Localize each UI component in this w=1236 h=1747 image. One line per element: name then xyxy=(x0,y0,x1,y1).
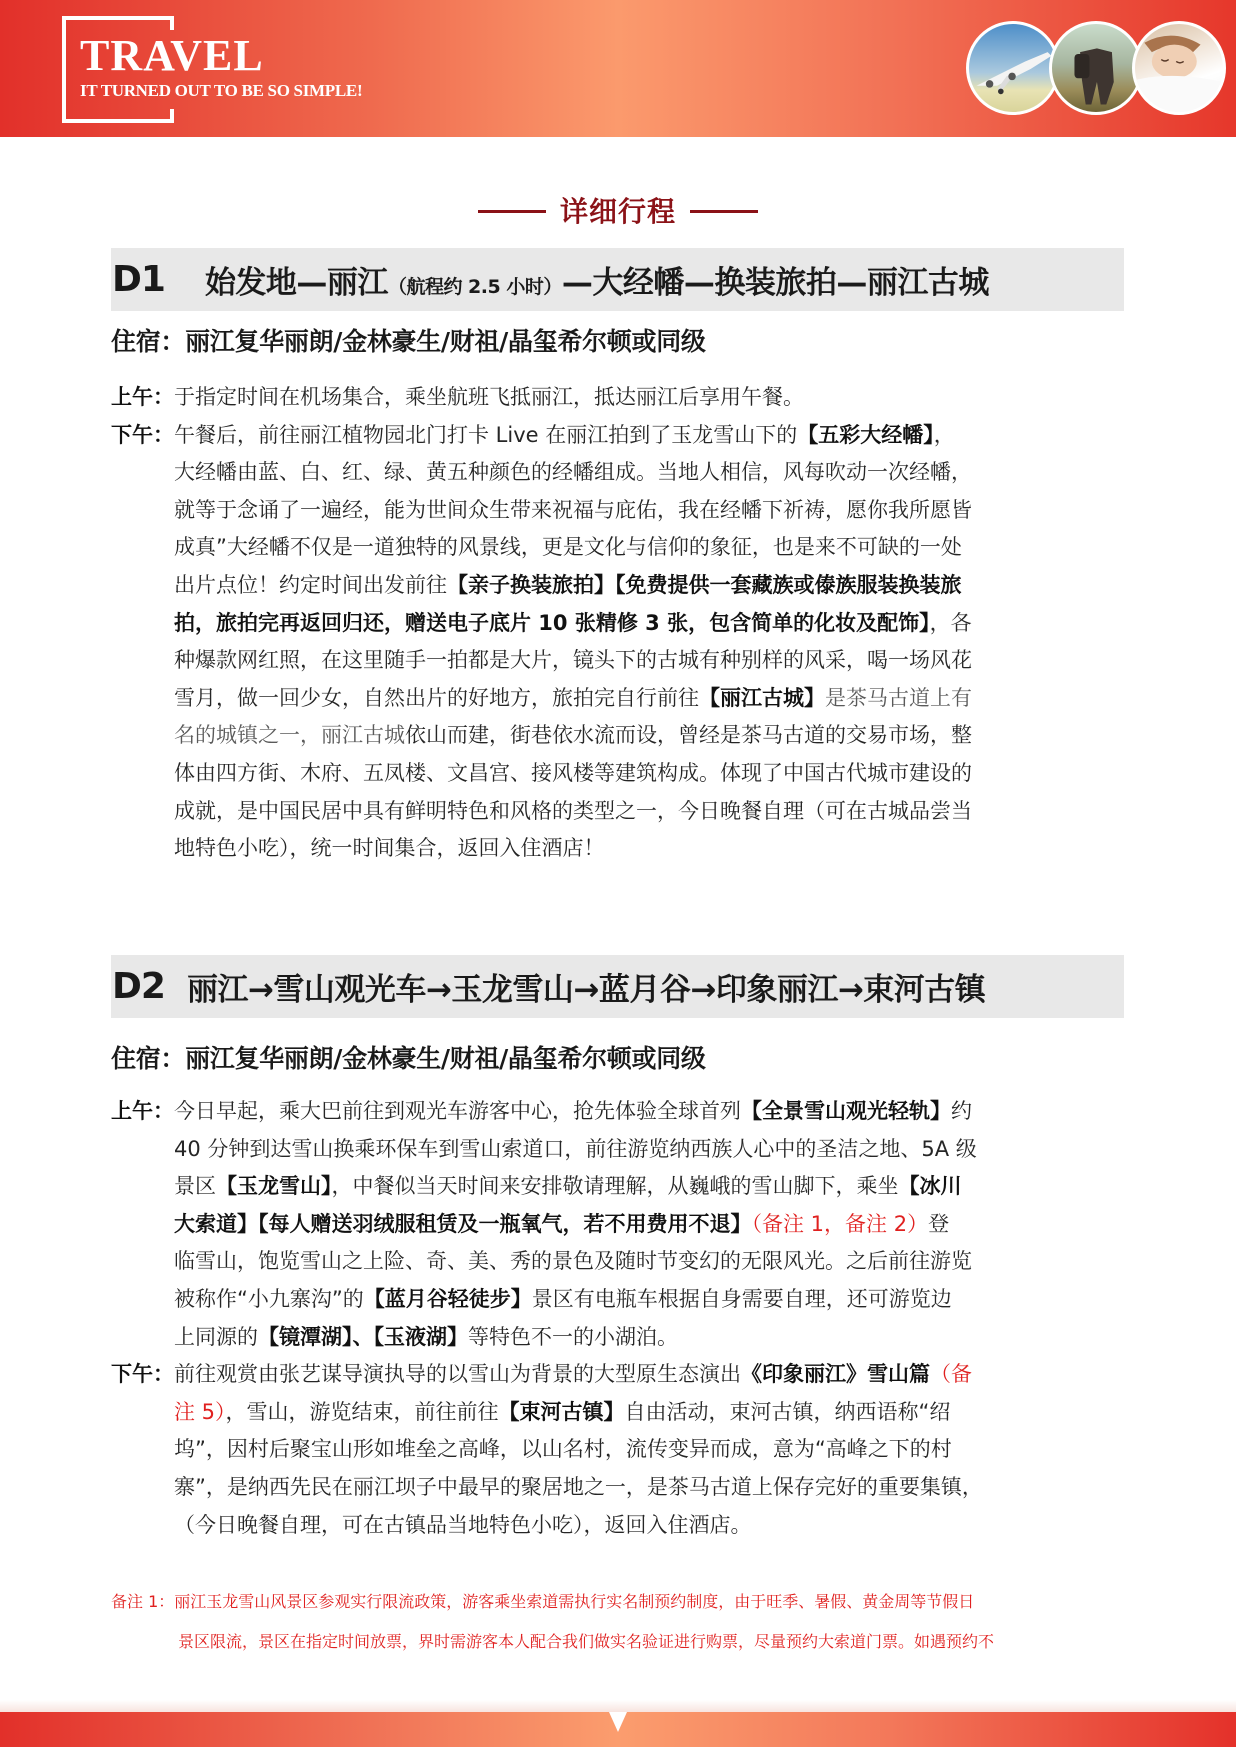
route-part-b: —大经幡—换装旅拍—丽江古城 xyxy=(562,265,989,301)
afternoon-line: （今日晚餐自理，可在古镇品当地特色小吃），返回入住酒店。 xyxy=(111,1507,1126,1545)
day-1-accommodation: 住宿：丽江复华丽朗/金林豪生/财祖/晶玺希尔顿或同级 xyxy=(111,322,706,358)
day-number: D1 xyxy=(112,259,165,300)
afternoon-line: 名的城镇之一，丽江古城依山而建，街巷依水流而设，曾经是茶马古道的交易市场，整 xyxy=(111,717,1126,755)
text: 自由活动，束河古镇，纳西语称“绍 xyxy=(625,1400,951,1424)
text: 地特色小吃），统一时间集合，返回入住酒店！ xyxy=(174,836,605,860)
text: （今日晚餐自理，可在古镇品当地特色小吃），返回入住酒店。 xyxy=(174,1513,752,1537)
day-route: 始发地—丽江（航程约 2.5 小时）—大经幡—换装旅拍—丽江古城 xyxy=(205,257,989,302)
text: 被称作“小九寨沟”的 xyxy=(174,1287,364,1311)
text: 登 xyxy=(928,1212,949,1236)
morning-line: 临雪山，饱览雪山之上险、奇、美、秀的景色及随时节变幻的无限风光。之后前往游览 xyxy=(111,1243,1126,1281)
afternoon-label: 下午： xyxy=(111,1362,174,1386)
afternoon-line: 种爆款网红照，在这里随手一拍都是大片，镜头下的古城有种别样的风采，喝一场风花 xyxy=(111,642,1126,680)
afternoon-line: 就等于念诵了一遍经，能为世间众生带来祝福与庇佑，我在经幡下祈祷，愿你我所愿皆 xyxy=(111,492,1126,530)
afternoon-line: 下午：前往观赏由张艺谋导演执导的以雪山为背景的大型原生态演出《印象丽江》雪山篇（… xyxy=(111,1356,1126,1394)
highlight-cableway-gift: 大索道】【每人赠送羽绒服租赁及一瓶氧气，若不用费用不退】 xyxy=(174,1212,752,1236)
day-1-itinerary: 上午：于指定时间在机场集合，乘坐航班飞抵丽江，抵达丽江后享用午餐。 下午：午餐后… xyxy=(111,379,1126,868)
morning-line: 上同源的【镜潭湖】、【玉液湖】等特色不一的小湖泊。 xyxy=(111,1319,1126,1357)
text: 40 分钟到达雪山换乘环保车到雪山索道口，前往游览纳西族人心中的圣洁之地、5A … xyxy=(174,1137,977,1161)
remark-line: 备注 1：丽江玉龙雪山风景区参观实行限流政策，游客乘坐索道需执行实名制预约制度，… xyxy=(111,1582,1126,1622)
backpacker-icon xyxy=(1052,24,1140,112)
text: 成就，是中国民居中具有鲜明特色和风格的类型之一，今日晚餐自理（可在古城品尝当 xyxy=(174,799,972,823)
text: 前往观赏由张艺谋导演执导的以雪山为背景的大型原生态演出 xyxy=(174,1362,741,1386)
text: ，中餐似当天时间来安排敬请理解，从巍峨的雪山脚下，乘坐 xyxy=(332,1174,899,1198)
day-number: D2 xyxy=(112,966,165,1007)
section-title: 详细行程 xyxy=(0,192,1236,232)
text: 今日早起，乘大巴前往到观光车游客中心，抢先体验全球首列 xyxy=(174,1099,741,1123)
highlight-jade-dragon-mountain: 【玉龙雪山】 xyxy=(216,1174,332,1198)
text: ， xyxy=(934,423,955,447)
text: 大经幡由蓝、白、红、绿、黄五种颜色的经幡组成。当地人相信，风每吹动一次经幡， xyxy=(174,460,972,484)
day-2-accommodation: 住宿：丽江复华丽朗/金林豪生/财祖/晶玺希尔顿或同级 xyxy=(111,1039,706,1075)
text: 出片点位！约定时间出发前往 xyxy=(174,573,447,597)
morning-label: 上午： xyxy=(111,1099,174,1123)
text: 成真”大经幡不仅是一道独特的风景线，更是文化与信仰的象征，也是来不可缺的一处 xyxy=(174,535,962,559)
text: 雪月，做一回少女，自然出片的好地方，旅拍完自行前往 xyxy=(174,686,699,710)
note-reference: 注 5） xyxy=(174,1400,226,1424)
afternoon-line: 成真”大经幡不仅是一道独特的风景线，更是文化与信仰的象征，也是来不可缺的一处 xyxy=(111,529,1126,567)
afternoon-line: 下午：午餐后，前往丽江植物园北门打卡 Live 在丽江拍到了玉龙雪山下的【五彩大… xyxy=(111,417,1126,455)
footer-notch xyxy=(609,1712,627,1732)
day-route: 丽江→雪山观光车→玉龙雪山→蓝月谷→印象丽江→束河古镇 xyxy=(187,964,985,1009)
morning-label: 上午： xyxy=(111,385,174,409)
highlight-impression-lijiang: 《印象丽江》雪山篇 xyxy=(741,1362,930,1386)
section-title-text: 详细行程 xyxy=(560,195,676,228)
text: 等特色不一的小湖泊。 xyxy=(468,1325,678,1349)
highlight-costume-photo: 【亲子换装旅拍】【免费提供一套藏族或傣族服装换装旅 xyxy=(447,573,962,597)
highlight-lakes: 【镜潭湖】、【玉液湖】 xyxy=(258,1325,468,1349)
highlight-panoramic-rail: 【全景雪山观光轻轨】 xyxy=(741,1099,951,1123)
morning-line: 被称作“小九寨沟”的【蓝月谷轻徒步】景区有电瓶车根据自身需要自理，还可游览边 xyxy=(111,1281,1126,1319)
airplane-icon xyxy=(969,24,1057,112)
note-reference: （备 xyxy=(930,1362,972,1386)
afternoon-line: 成就，是中国民居中具有鲜明特色和风格的类型之一，今日晚餐自理（可在古城品尝当 xyxy=(111,793,1126,831)
text: ，雪山，游览结束，前往前往 xyxy=(226,1400,499,1424)
highlight-lijiang-old-town: 【丽江古城】 xyxy=(699,686,825,710)
afternoon-line: 大经幡由蓝、白、红、绿、黄五种颜色的经幡组成。当地人相信，风每吹动一次经幡， xyxy=(111,454,1126,492)
backpacker-photo xyxy=(1049,21,1143,115)
text: 体由四方街、木府、五凤楼、文昌宫、接风楼等建筑构成。体现了中国古代城市建设的 xyxy=(174,761,972,785)
morning-line: 上午：于指定时间在机场集合，乘坐航班飞抵丽江，抵达丽江后享用午餐。 xyxy=(111,379,1126,417)
sleeping-woman-photo xyxy=(1132,21,1226,115)
morning-line: 40 分钟到达雪山换乘环保车到雪山索道口，前往游览纳西族人心中的圣洁之地、5A … xyxy=(111,1131,1126,1169)
flight-duration-note: （航程约 2.5 小时） xyxy=(388,276,562,298)
day-2-itinerary: 上午：今日早起，乘大巴前往到观光车游客中心，抢先体验全球首列【全景雪山观光轻轨】… xyxy=(111,1093,1126,1544)
day-1-header: D1 始发地—丽江（航程约 2.5 小时）—大经幡—换装旅拍—丽江古城 xyxy=(111,248,1124,311)
morning-text: 于指定时间在机场集合，乘坐航班飞抵丽江，抵达丽江后享用午餐。 xyxy=(174,385,804,409)
header-banner: TRAVEL IT TURNED OUT TO BE SO SIMPLE! xyxy=(0,0,1236,137)
morning-line: 大索道】【每人赠送羽绒服租赁及一瓶氧气，若不用费用不退】（备注 1，备注 2）登 xyxy=(111,1206,1126,1244)
remark-line: 景区限流，景区在指定时间放票，界时需游客本人配合我们做实名验证进行购票，尽量预约… xyxy=(111,1622,1126,1662)
text: ，各 xyxy=(930,611,972,635)
footer-shadow xyxy=(0,1700,1236,1712)
sleeping-woman-icon xyxy=(1135,24,1223,112)
highlight-shuhe-town: 【束河古镇】 xyxy=(499,1400,625,1424)
highlight-glacier-cableway: 【冰川 xyxy=(899,1174,962,1198)
airplane-photo xyxy=(966,21,1060,115)
text: 依山而建，街巷依水流而设，曾经是茶马古道的交易市场，整 xyxy=(405,723,972,747)
text-gray: 名的城镇之一，丽江古城 xyxy=(174,723,405,747)
morning-line: 上午：今日早起，乘大巴前往到观光车游客中心，抢先体验全球首列【全景雪山观光轻轨】… xyxy=(111,1093,1126,1131)
header-photos xyxy=(966,21,1196,117)
text: 种爆款网红照，在这里随手一拍都是大片，镜头下的古城有种别样的风采，喝一场风花 xyxy=(174,648,972,672)
remarks: 备注 1：丽江玉龙雪山风景区参观实行限流政策，游客乘坐索道需执行实名制预约制度，… xyxy=(111,1582,1126,1662)
morning-line: 景区【玉龙雪山】，中餐似当天时间来安排敬请理解，从巍峨的雪山脚下，乘坐【冰川 xyxy=(111,1168,1126,1206)
afternoon-label: 下午： xyxy=(111,423,174,447)
title-dash-right xyxy=(690,210,758,213)
afternoon-line: 注 5），雪山，游览结束，前往前往【束河古镇】自由活动，束河古镇，纳西语称“绍 xyxy=(111,1394,1126,1432)
afternoon-line: 出片点位！约定时间出发前往【亲子换装旅拍】【免费提供一套藏族或傣族服装换装旅 xyxy=(111,567,1126,605)
text-gray: 是茶马古道上有 xyxy=(825,686,972,710)
route-part-a: 始发地—丽江 xyxy=(205,265,388,301)
highlight-costume-photo-cont: 拍，旅拍完再返回归还，赠送电子底片 10 张精修 3 张，包含简单的化妆及配饰】 xyxy=(174,611,930,635)
text: 坞”，因村后聚宝山形如堆垒之高峰，以山名村，流传变异而成，意为“高峰之下的村 xyxy=(174,1437,952,1461)
text: 就等于念诵了一遍经，能为世间众生带来祝福与庇佑，我在经幡下祈祷，愿你我所愿皆 xyxy=(174,498,972,522)
afternoon-line: 体由四方街、木府、五凤楼、文昌宫、接风楼等建筑构成。体现了中国古代城市建设的 xyxy=(111,755,1126,793)
highlight-five-color-prayer-flags: 【五彩大经幡】 xyxy=(797,423,934,447)
note-reference: （备注 1，备注 2） xyxy=(752,1212,929,1236)
day-2-header: D2 丽江→雪山观光车→玉龙雪山→蓝月谷→印象丽江→束河古镇 xyxy=(111,955,1124,1018)
text: 景区有电瓶车根据自身需要自理，还可游览边 xyxy=(532,1287,952,1311)
text: 临雪山，饱览雪山之上险、奇、美、秀的景色及随时节变幻的无限风光。之后前往游览 xyxy=(174,1249,972,1273)
afternoon-line: 寨”，是纳西先民在丽江坝子中最早的聚居地之一，是茶马古道上保存完好的重要集镇， xyxy=(111,1469,1126,1507)
title-dash-left xyxy=(478,210,546,213)
text: 约 xyxy=(951,1099,972,1123)
text: 寨”，是纳西先民在丽江坝子中最早的聚居地之一，是茶马古道上保存完好的重要集镇， xyxy=(174,1475,983,1499)
text: 午餐后，前往丽江植物园北门打卡 Live 在丽江拍到了玉龙雪山下的 xyxy=(174,423,797,447)
afternoon-line: 地特色小吃），统一时间集合，返回入住酒店！ xyxy=(111,830,1126,868)
afternoon-line: 拍，旅拍完再返回归还，赠送电子底片 10 张精修 3 张，包含简单的化妆及配饰】… xyxy=(111,605,1126,643)
brand-title: TRAVEL xyxy=(80,34,264,78)
brand-subtitle: IT TURNED OUT TO BE SO SIMPLE! xyxy=(80,82,362,99)
afternoon-line: 雪月，做一回少女，自然出片的好地方，旅拍完自行前往【丽江古城】是茶马古道上有 xyxy=(111,680,1126,718)
highlight-blue-moon-valley: 【蓝月谷轻徒步】 xyxy=(364,1287,532,1311)
text: 景区 xyxy=(174,1174,216,1198)
text: 上同源的 xyxy=(174,1325,258,1349)
afternoon-line: 坞”，因村后聚宝山形如堆垒之高峰，以山名村，流传变异而成，意为“高峰之下的村 xyxy=(111,1431,1126,1469)
